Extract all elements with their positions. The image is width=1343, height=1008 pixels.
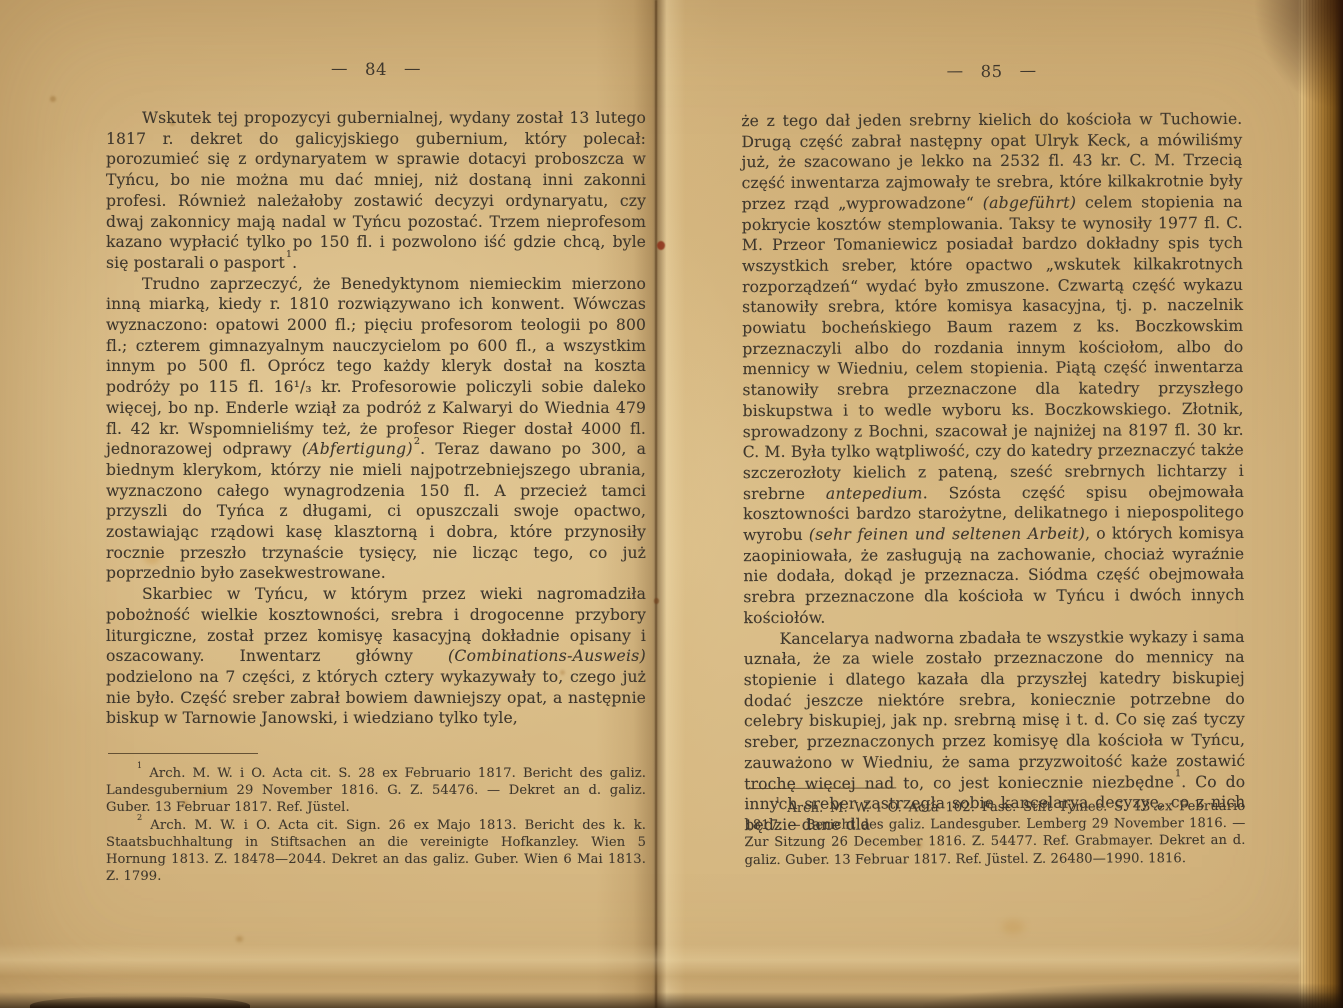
book-scan: —84— Wskutek tej propozycyi gubernialnej… xyxy=(0,0,1343,1008)
footnote: 2 Arch. M. W. i O. Acta cit. Sign. 26 ex… xyxy=(106,817,646,886)
page-84-footnotes: 1 Arch. M. W. i O. Acta cit. S. 28 ex Fe… xyxy=(106,753,646,885)
book-fore-edge xyxy=(1298,0,1343,1008)
page-84-header: —84— xyxy=(106,60,646,80)
page-84-body: Wskutek tej propozycyi gubernialnej, wyd… xyxy=(106,108,646,729)
paragraph: Trudno zaprzeczyć, że Benedyktynom niemi… xyxy=(106,274,646,585)
footnote-list: 1 Arch. M. W. i O. Acta 102. Fasc. Stift… xyxy=(744,798,1245,869)
bottom-left-edge-shadow xyxy=(30,996,250,1008)
paragraph: że z tego dał jeden srebrny kielich do k… xyxy=(741,109,1244,629)
top-right-corner-shadow xyxy=(1253,0,1343,110)
footnote-list: 1 Arch. M. W. i O. Acta cit. S. 28 ex Fe… xyxy=(106,765,646,885)
footnote-separator xyxy=(108,753,258,754)
bottom-right-edge-shadow xyxy=(923,982,1343,1008)
page-85-body: że z tego dał jeden srebrny kielich do k… xyxy=(741,109,1245,836)
page-85-header: —85— xyxy=(741,61,1242,83)
footnote: 1 Arch. M. W. i O. Acta 102. Fasc. Stift… xyxy=(744,798,1245,869)
header-dash-icon: — xyxy=(331,59,348,78)
header-dash-icon: — xyxy=(947,61,964,80)
page-84: —84— Wskutek tej propozycyi gubernialnej… xyxy=(106,60,646,940)
header-dash-icon: — xyxy=(404,59,421,78)
paragraph: Skarbiec w Tyńcu, w którym przez wieki n… xyxy=(106,584,646,729)
page-number: 85 xyxy=(981,62,1003,81)
header-dash-icon: — xyxy=(1020,61,1037,80)
page-85: —85— że z tego dał jeden srebrny kielich… xyxy=(741,61,1246,943)
footnote: 1 Arch. M. W. i O. Acta cit. S. 28 ex Fe… xyxy=(106,765,646,817)
paragraph: Wskutek tej propozycyi gubernialnej, wyd… xyxy=(106,108,646,274)
foxing-spot xyxy=(50,96,56,102)
book-gutter-fold-line xyxy=(655,0,657,1008)
footnote-separator xyxy=(746,787,896,789)
page-85-footnotes: 1 Arch. M. W. i O. Acta 102. Fasc. Stift… xyxy=(744,786,1245,869)
page-number: 84 xyxy=(365,60,387,79)
